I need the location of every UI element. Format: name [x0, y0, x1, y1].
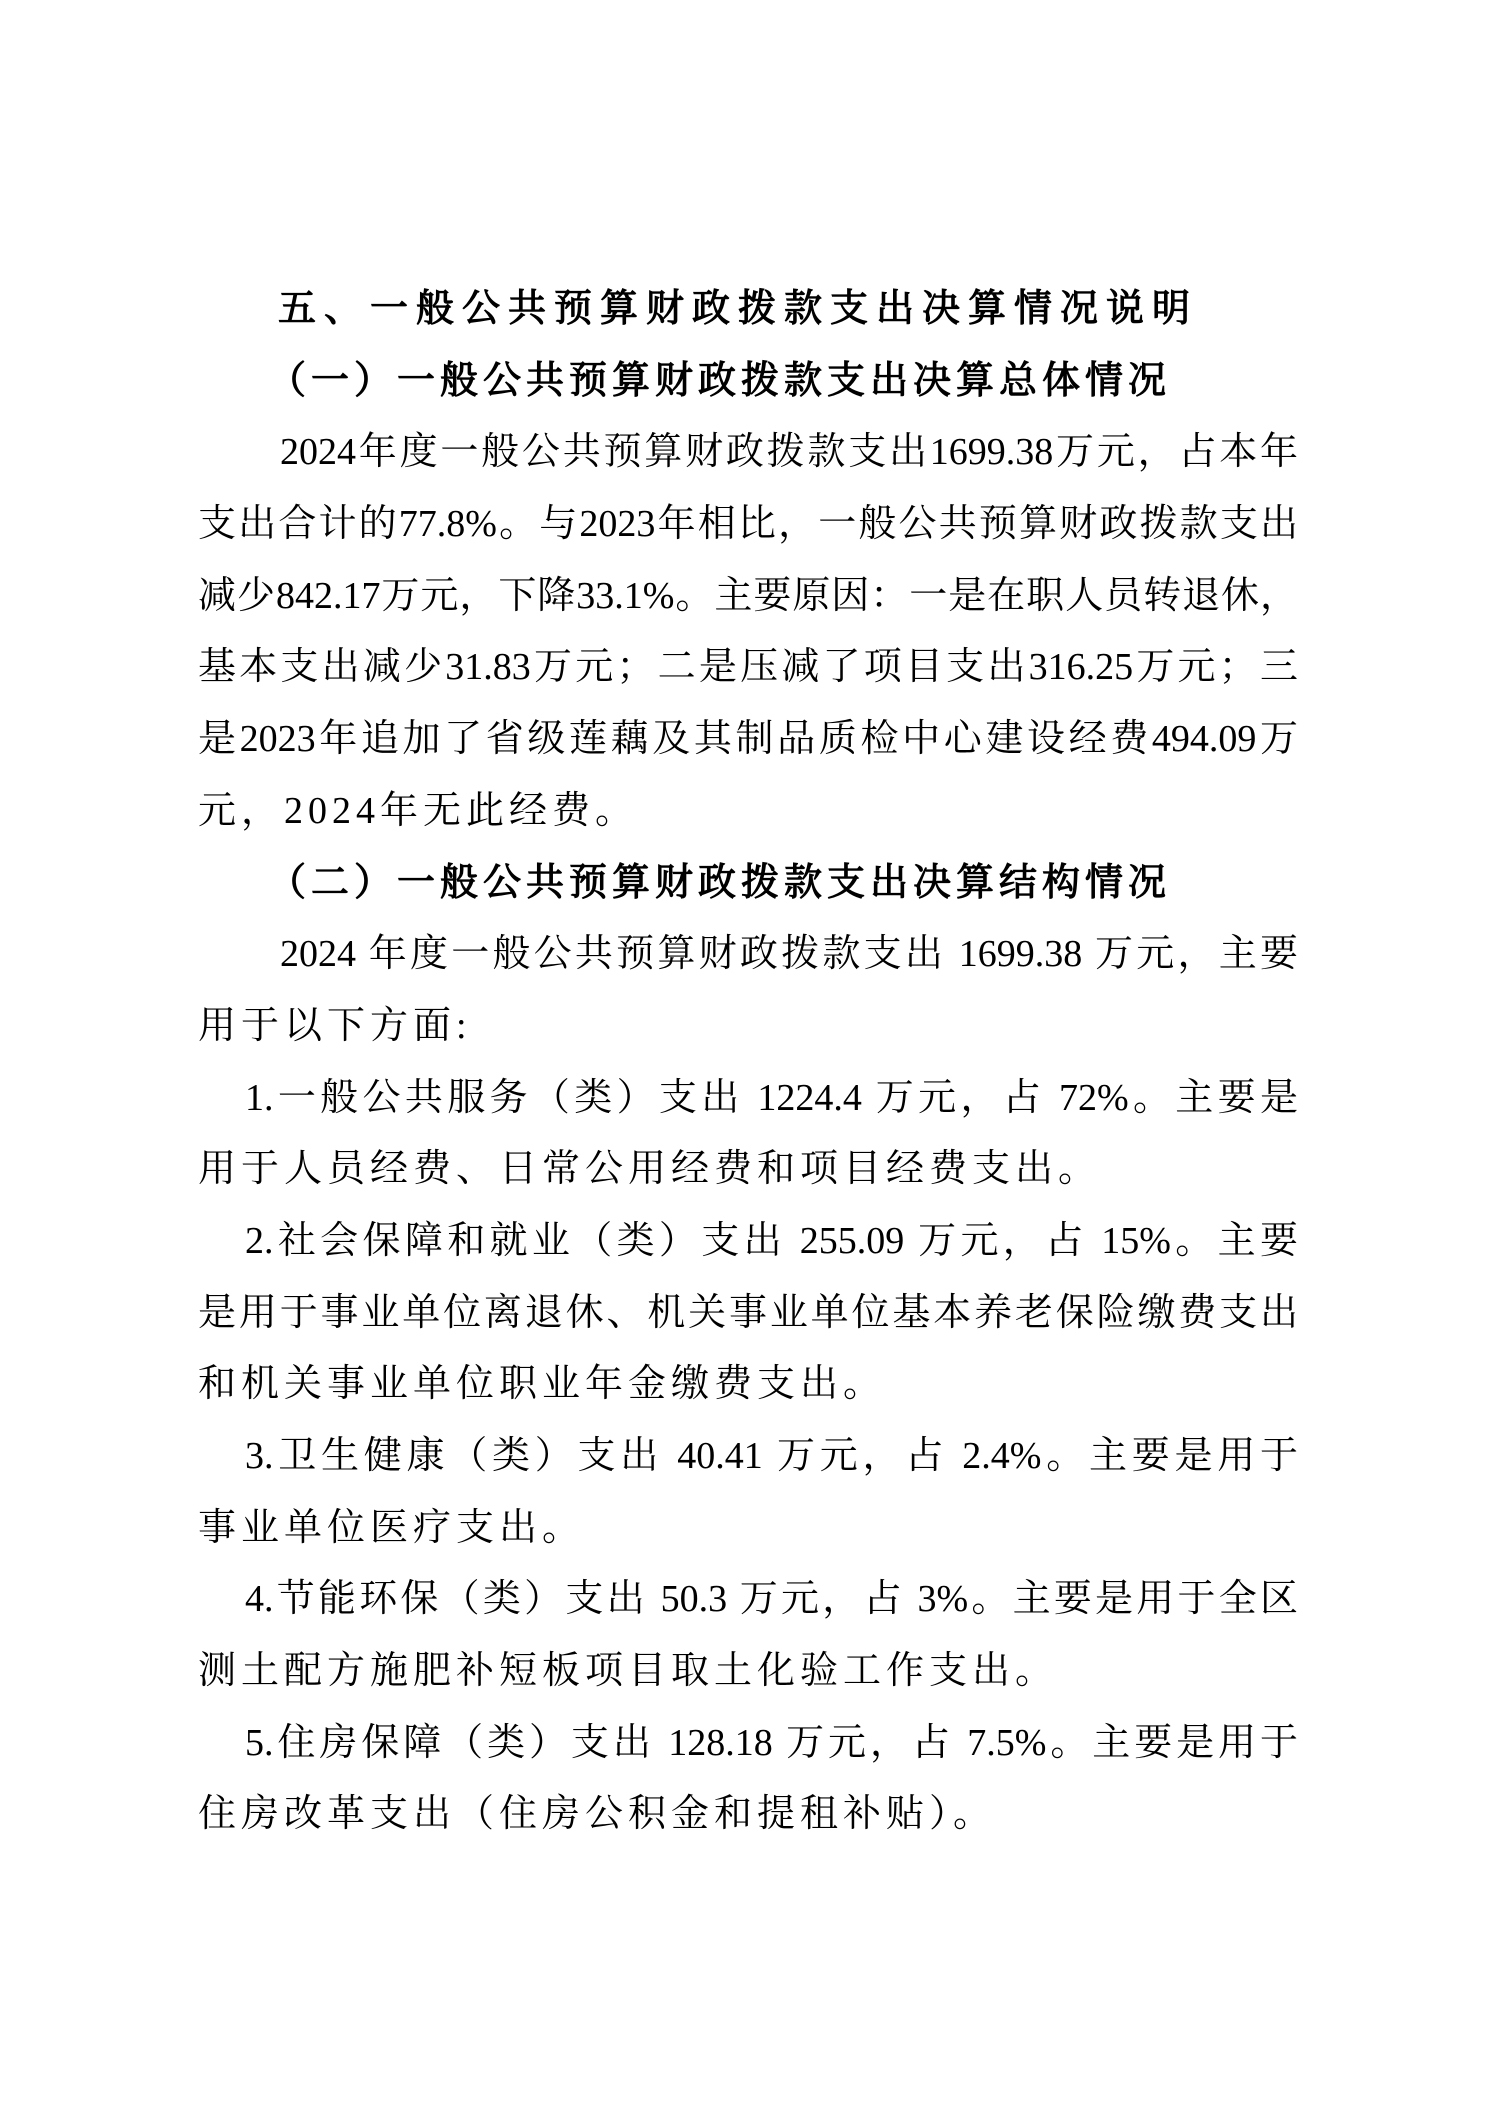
paragraph-line: 用于以下方面: — [198, 991, 1298, 1063]
numbered-item-3-line: 3.卫生健康（类）支出 40.41 万元，占 2.4%。主要是用于 — [198, 1421, 1298, 1493]
numbered-item-2-line: 是用于事业单位离退休、机关事业单位基本养老保险缴费支出 — [198, 1278, 1298, 1350]
numbered-item-1-line: 用于人员经费、日常公用经费和项目经费支出。 — [198, 1134, 1298, 1206]
numbered-item-3-line: 事业单位医疗支出。 — [198, 1493, 1298, 1565]
paragraph-line: 是2023年追加了省级莲藕及其制品质检中心建设经费494.09万 — [198, 704, 1298, 776]
subsection-heading-1: （一）一般公共预算财政拨款支出决算总体情况 — [198, 346, 1298, 418]
numbered-item-5-line: 住房改革支出（住房公积金和提租补贴）。 — [198, 1779, 1298, 1851]
paragraph-line: 元，2024年无此经费。 — [198, 776, 1298, 848]
numbered-item-4-line: 测土配方施肥补短板项目取土化验工作支出。 — [198, 1636, 1298, 1708]
paragraph-line: 基本支出减少31.83万元；二是压减了项目支出316.25万元；三 — [198, 632, 1298, 704]
paragraph-line: 2024年度一般公共预算财政拨款支出1699.38万元，占本年 — [198, 417, 1298, 489]
section-heading: 五、一般公共预算财政拨款支出决算情况说明 — [198, 274, 1298, 346]
document-page: 五、一般公共预算财政拨款支出决算情况说明 （一）一般公共预算财政拨款支出决算总体… — [0, 0, 1486, 2103]
numbered-item-2-line: 2.社会保障和就业（类）支出 255.09 万元，占 15%。主要 — [198, 1206, 1298, 1278]
paragraph-line: 支出合计的77.8%。与2023年相比，一般公共预算财政拨款支出 — [198, 489, 1298, 561]
text-block: 五、一般公共预算财政拨款支出决算情况说明 （一）一般公共预算财政拨款支出决算总体… — [198, 274, 1298, 1851]
numbered-item-4-line: 4.节能环保（类）支出 50.3 万元，占 3%。主要是用于全区 — [198, 1564, 1298, 1636]
paragraph-line: 减少842.17万元，下降33.1%。主要原因：一是在职人员转退休， — [198, 561, 1298, 633]
paragraph-line: 2024 年度一般公共预算财政拨款支出 1699.38 万元，主要 — [198, 919, 1298, 991]
numbered-item-5-line: 5.住房保障（类）支出 128.18 万元，占 7.5%。主要是用于 — [198, 1708, 1298, 1780]
subsection-heading-2: （二）一般公共预算财政拨款支出决算结构情况 — [198, 848, 1298, 920]
numbered-item-1-line: 1.一般公共服务（类）支出 1224.4 万元，占 72%。主要是 — [198, 1063, 1298, 1135]
numbered-item-2-line: 和机关事业单位职业年金缴费支出。 — [198, 1349, 1298, 1421]
